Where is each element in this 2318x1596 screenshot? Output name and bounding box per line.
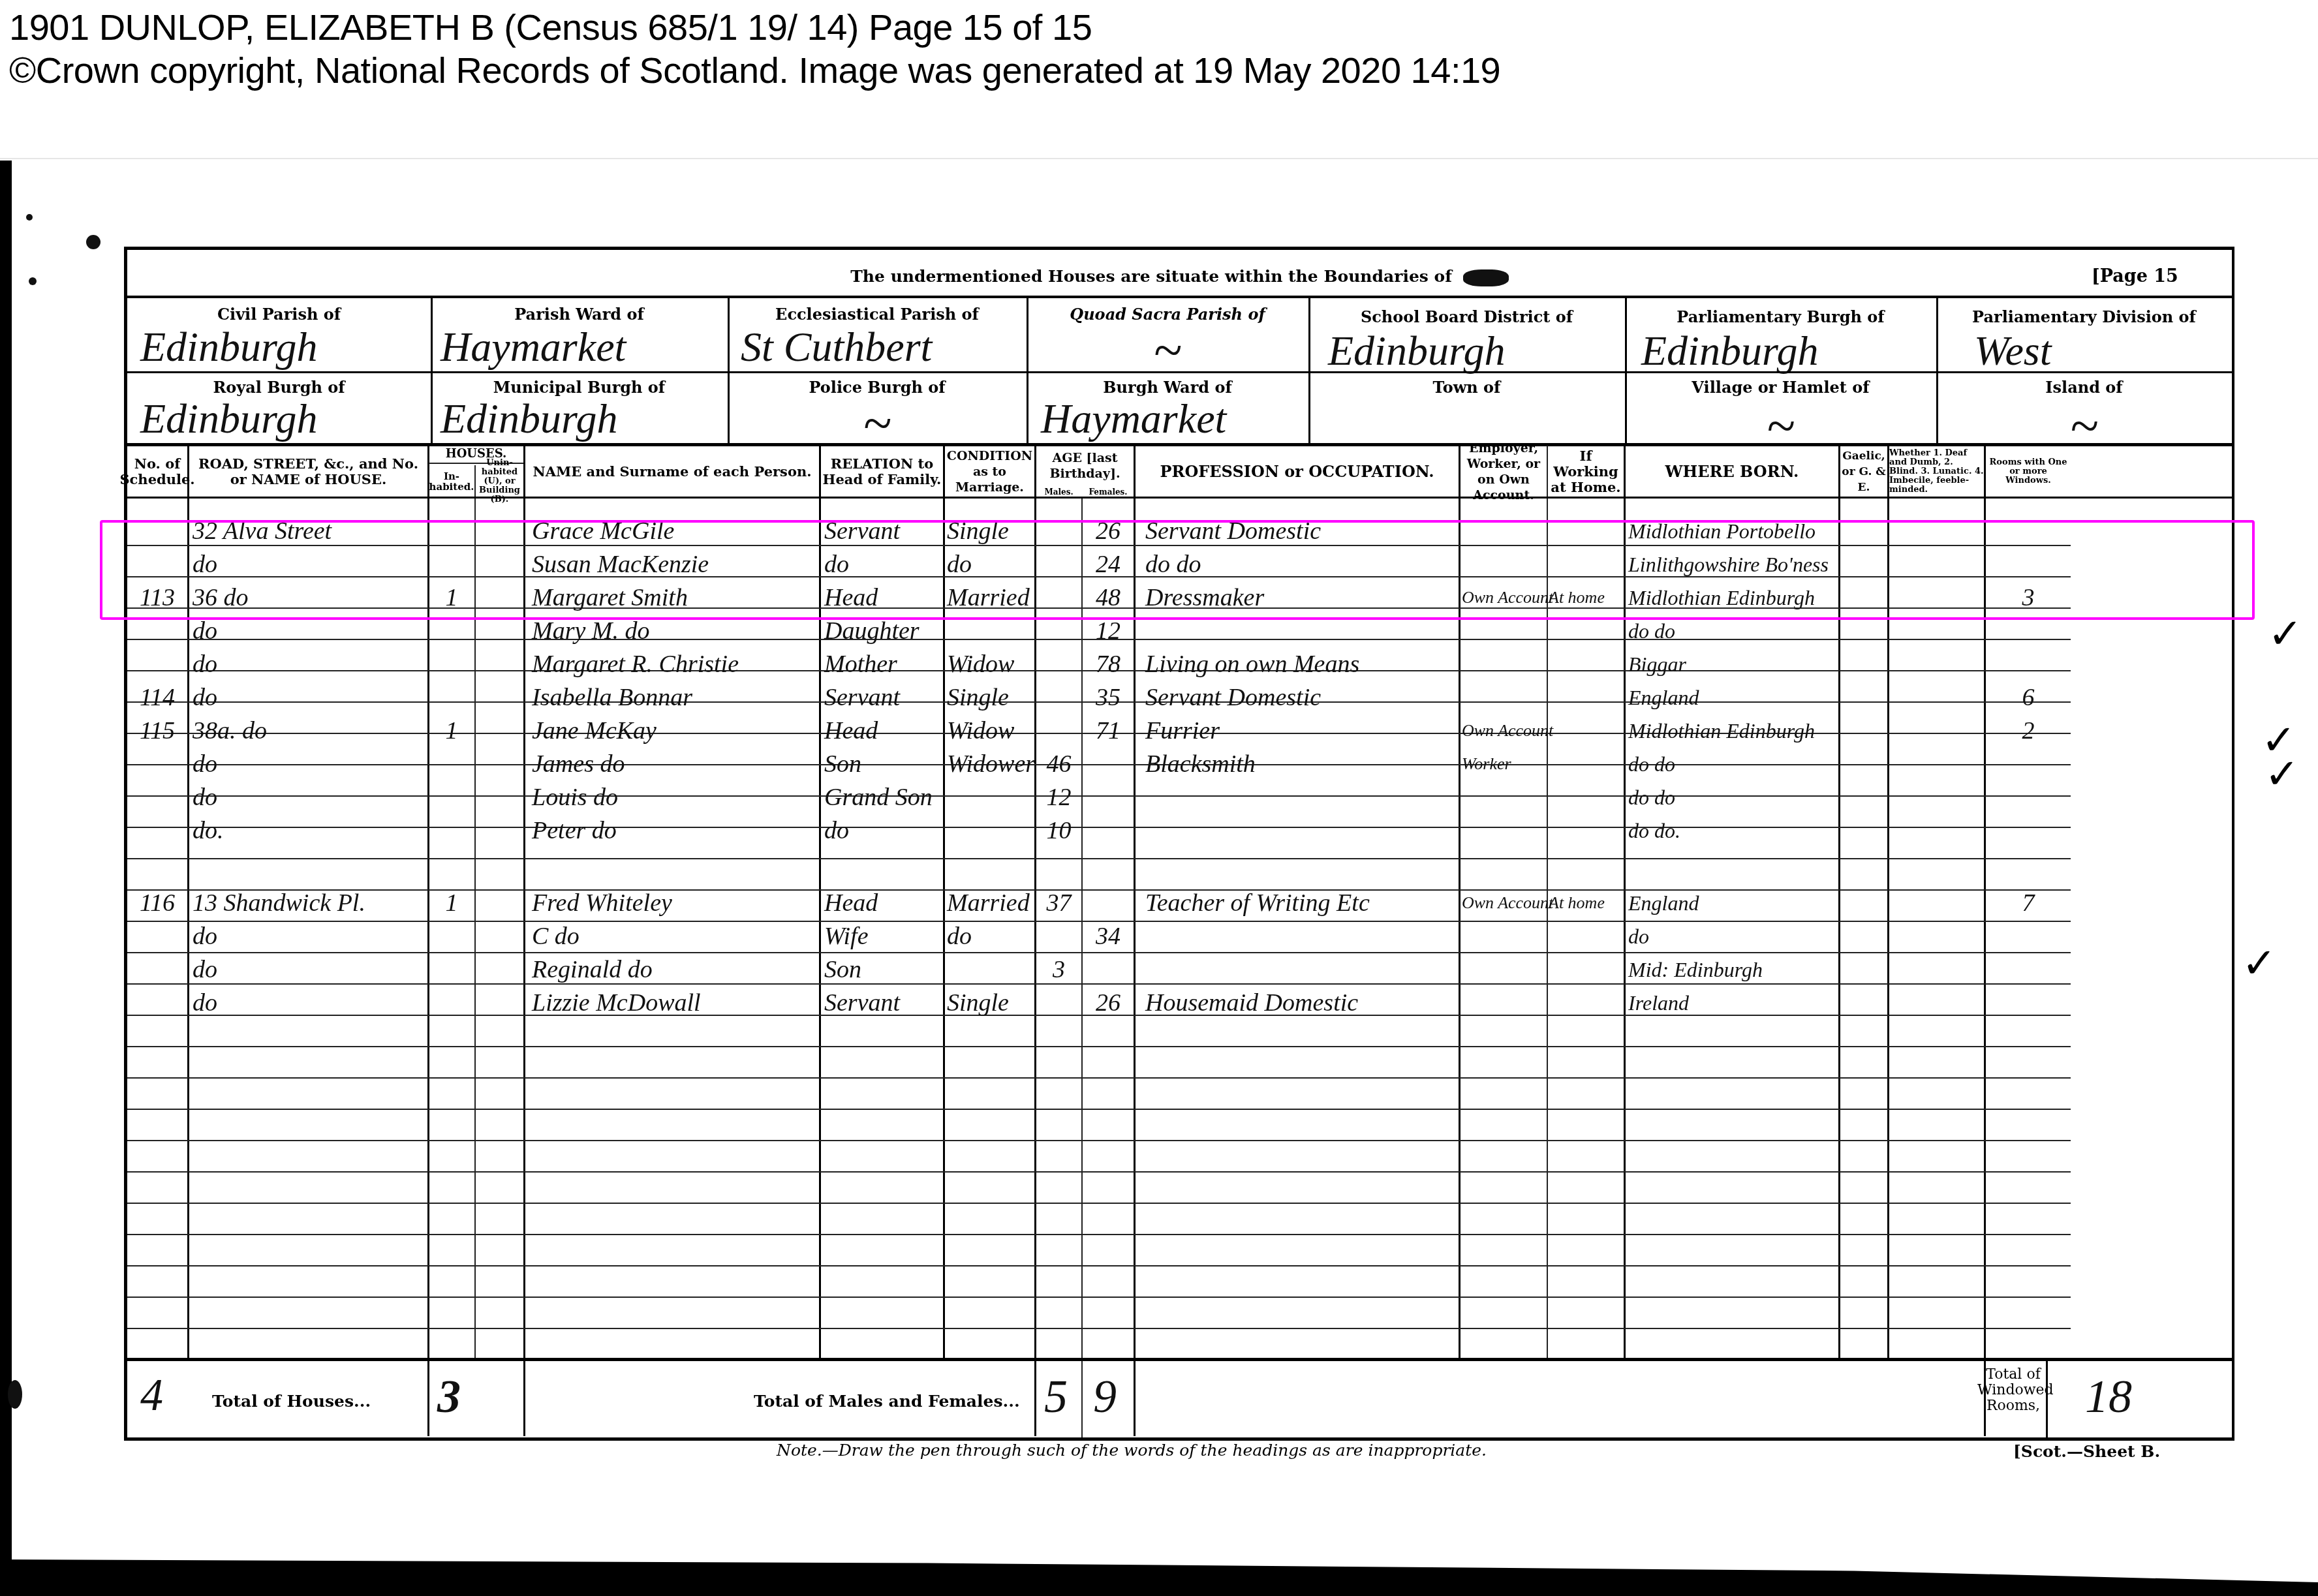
employer-cell: Worker [1462,747,1511,781]
male-age-cell: 46 [1036,747,1081,781]
where-born-cell: Mid: Edinburgh [1628,953,1763,987]
parish-ward-label: Parish Ward of [431,305,728,324]
island-label: Island of [1936,378,2232,397]
header-inhabited: In-habited. [429,465,474,498]
ink-speck [29,277,37,285]
row-rule [127,1046,2071,1047]
houses-total-value: 3 [437,1370,461,1424]
relation-cell: Servant [824,986,900,1020]
at-home-cell: At home [1549,886,1605,920]
row-rule [127,1171,2071,1173]
header-rooms: Rooms with One or more Windows. [1986,446,2071,498]
royal-burgh-label: Royal Burgh of [127,378,431,397]
header-condition: CONDITION as to Marriage. [945,446,1034,498]
ink-blot [1463,269,1509,286]
row-rule [127,889,2071,891]
female-age-cell: 71 [1083,714,1134,748]
tick-mark-icon: ✓ [2264,750,2300,799]
village-label: Village or Hamlet of [1625,378,1936,397]
school-board-value: Edinburgh [1328,327,1505,375]
row-rule [127,1265,2071,1266]
row-rule [127,1297,2071,1298]
rooms-cell: 2 [1986,714,2071,748]
male-age-cell: 3 [1036,953,1081,987]
schedule-cell: 115 [127,714,187,748]
rule [127,371,2232,373]
rule [127,497,2232,499]
name-cell: C do [532,919,579,953]
occupation-cell: Blacksmith [1145,747,1256,781]
ecclesiastical-parish-label: Ecclesiastical Parish of [728,305,1027,324]
employer-cell: Own Account [1462,886,1553,920]
name-cell: Reginald do [532,953,653,987]
rooms-cell: 6 [1986,681,2071,714]
burgh-ward-value: Haymarket [1041,395,1226,443]
relation-cell: Son [824,747,861,781]
footnote: Note.—Draw the pen through such of the w… [777,1441,1487,1460]
quoad-sacra-label: Quoad Sacra Parish of [1027,305,1308,324]
where-born-cell: Biggar [1628,647,1686,681]
where-born-cell: do do. [1628,814,1680,848]
relation-cell: Son [824,953,861,987]
female-age-cell: 34 [1083,919,1134,953]
employer-cell: Own Account [1462,714,1553,748]
row-rule [127,1077,2071,1079]
male-age-cell: 12 [1036,780,1081,814]
name-cell: Margaret R. Christie [532,647,739,681]
document-title: 1901 DUNLOP, ELIZABETH B (Census 685/1 1… [9,7,1092,48]
road-cell: do [193,747,217,781]
male-age-cell: 37 [1036,886,1081,920]
row-rule [127,1203,2071,1204]
scan-edge-bottom [0,1550,2318,1596]
tick-mark-icon: ✓ [2242,940,2277,988]
where-born-cell: England [1628,681,1699,714]
name-cell: Louis do [532,780,618,814]
relation-cell: Head [824,886,878,920]
occupation-cell: Housemaid Domestic [1145,986,1358,1020]
condition-cell: Widow [947,714,1014,748]
female-age-cell: 78 [1083,647,1134,681]
header-occupation: PROFESSION or OCCUPATION. [1136,446,1459,498]
where-born-cell: England [1628,886,1699,920]
header-road: ROAD, STREET, &c., and No. or NAME of HO… [189,446,427,498]
occupation-cell: Furrier [1145,714,1220,748]
road-cell: do [193,681,217,714]
highlight-box [100,520,2255,620]
where-born-cell: Ireland [1628,986,1689,1020]
ink-speck [86,235,100,249]
scan-edge-left [0,161,12,1596]
name-cell: Lizzie McDowall [532,986,701,1020]
road-cell: do [193,647,217,681]
road-cell: do. [193,814,224,848]
relation-cell: Wife [824,919,869,953]
schedules-total: 4 [140,1370,163,1422]
name-cell: Fred Whiteley [532,886,672,920]
civil-parish-label: Civil Parish of [127,305,431,324]
row-rule [127,1140,2071,1141]
condition-cell: do [947,919,972,953]
inhabited-cell: 1 [429,714,474,748]
where-born-cell: do do [1628,747,1675,781]
caption-divider [0,158,2318,159]
road-cell: do [193,919,217,953]
civil-parish-value: Edinburgh [140,323,317,371]
rooms-cell: 7 [1986,886,2071,920]
name-cell: James do [532,747,625,781]
schedule-cell: 116 [127,886,187,920]
municipal-burgh-value: Edinburgh [440,395,617,443]
parliamentary-division-label: Parliamentary Division of [1936,307,2232,326]
row-rule [127,827,2071,828]
parliamentary-burgh-label: Parliamentary Burgh of [1625,307,1936,326]
condition-cell: Married [947,886,1030,920]
header-relation: RELATION to Head of Family. [821,446,943,498]
name-cell: Isabella Bonnar [532,681,692,714]
header-infirmity: Whether 1. Deaf and Dumb, 2. Blind. 3. L… [1889,446,1984,498]
row-rule [127,764,2071,765]
relation-cell: Mother [824,647,897,681]
relation-cell: do [824,814,849,848]
row-rule [127,1328,2071,1329]
relation-cell: Head [824,714,878,748]
rule [127,1358,2232,1361]
female-age-cell: 26 [1083,986,1134,1020]
page-label: [Page 15 [2092,268,2178,285]
male-age-cell: 10 [1036,814,1081,848]
school-board-label: School Board District of [1308,307,1625,326]
occupation-cell: Servant Domestic [1145,681,1321,714]
inhabited-cell: 1 [429,886,474,920]
parliamentary-burgh-value: Edinburgh [1641,327,1818,375]
condition-cell: Single [947,681,1009,714]
rooms-total-label: Total of Windowed Rooms, [1977,1367,2049,1414]
boundaries-text: The undermentioned Houses are situate wi… [850,267,1452,286]
road-cell: 38a. do [193,714,267,748]
condition-cell: Widow [947,647,1014,681]
males-total-value: 5 [1044,1370,1068,1424]
ink-speck [8,1380,22,1409]
header-name: NAME and Surname of each Person. [525,446,819,498]
where-born-cell: do do [1628,780,1675,814]
rooms-total-value: 18 [2085,1370,2132,1424]
municipal-burgh-label: Municipal Burgh of [431,378,728,397]
header-working-home: If Working at Home. [1548,446,1624,498]
rule [127,296,2232,298]
census-form: The undermentioned Houses are situate wi… [124,247,2234,1441]
burgh-ward-label: Burgh Ward of [1027,378,1308,397]
female-age-cell: 35 [1083,681,1134,714]
road-cell: 13 Shandwick Pl. [193,886,365,920]
where-born-cell: do [1628,919,1649,953]
sheet-label: [Scot.—Sheet B. [2013,1442,2160,1461]
parish-ward-value: Haymarket [440,323,626,371]
females-total-value: 9 [1093,1370,1117,1424]
relation-cell: Grand Son [824,780,933,814]
where-born-cell: Midlothian Edinburgh [1628,714,1815,748]
royal-burgh-value: Edinburgh [140,395,317,443]
occupation-cell: Living on own Means [1145,647,1359,681]
relation-cell: Servant [824,681,900,714]
condition-cell: Widower [947,747,1035,781]
parliamentary-division-value: West [1974,327,2052,375]
header-gaelic: Gaelic, or G. & E. [1840,446,1887,498]
occupation-cell: Teacher of Writing Etc [1145,886,1370,920]
tick-mark-icon: ✓ [2268,610,2303,658]
copyright-line: ©Crown copyright, National Records of Sc… [9,50,1500,91]
road-cell: do [193,986,217,1020]
row-rule [127,983,2071,985]
ink-speck [26,214,33,221]
row-rule [127,795,2071,797]
row-rule [127,858,2071,859]
road-cell: do [193,953,217,987]
header-uninhabited: Unin-habited (U), or Building (B). [476,465,523,498]
name-cell: Peter do [532,814,617,848]
condition-cell: Single [947,986,1009,1020]
header-age: AGE [last Birthday]. [1036,446,1134,486]
header-where-born: WHERE BORN. [1626,446,1838,498]
schedule-cell: 114 [127,681,187,714]
header-employer: Employer, Worker, or on Own Account. [1460,446,1547,498]
road-cell: do [193,780,217,814]
police-burgh-label: Police Burgh of [728,378,1027,397]
header-schedule: No. of Schedule. [127,446,187,498]
name-cell: Jane McKay [532,714,657,748]
row-rule [127,1234,2071,1235]
boundaries-heading: The undermentioned Houses are situate wi… [127,268,2232,286]
persons-total-label: Total of Males and Females... [754,1392,1020,1411]
houses-total-label: Total of Houses... [212,1392,371,1411]
ecclesiastical-parish-value: St Cuthbert [741,323,932,371]
row-rule [127,1109,2071,1110]
town-label: Town of [1308,378,1625,397]
